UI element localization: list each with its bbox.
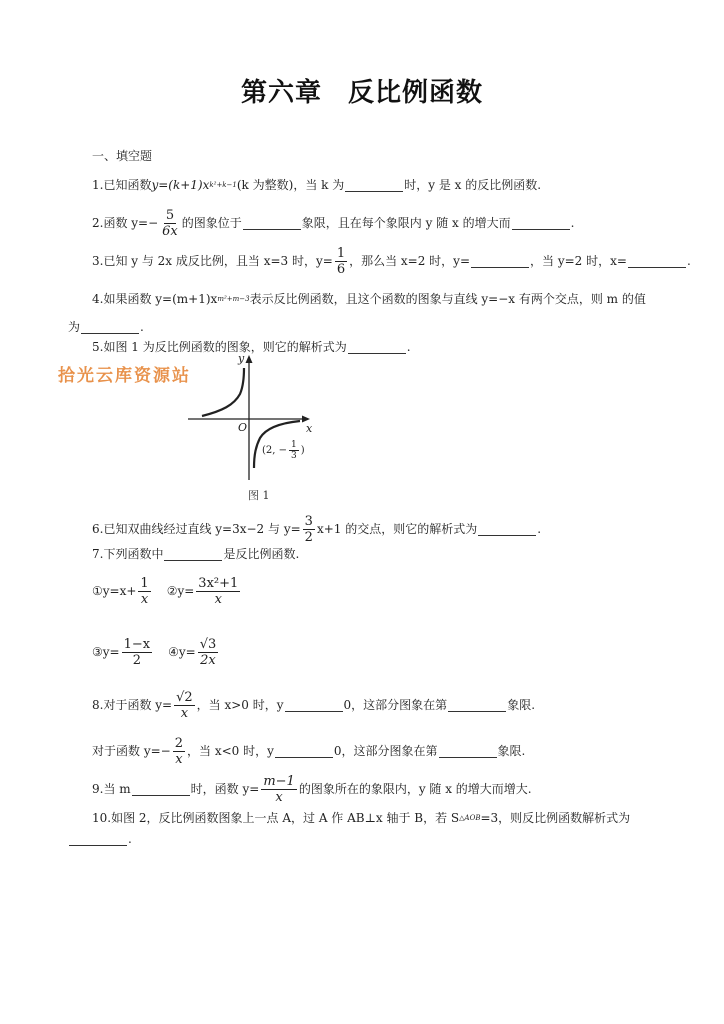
q7-choice-1-fraction: 1x	[138, 576, 150, 607]
q3-middle2: ，当 y=2 时，x=	[530, 254, 627, 268]
point-label: (2, − 13 )	[262, 440, 305, 461]
q7-choice-1-num: 1	[138, 576, 150, 592]
q8-frac-den: x	[179, 706, 190, 721]
q8-line2-fraction: 2x	[173, 736, 185, 767]
q7-choices-row-1: ①y=x+ 1x ②y= 3x²+1x	[92, 574, 242, 608]
q8-middle: ，当 x>0 时，y	[197, 698, 284, 712]
q7-answer-blank[interactable]	[164, 548, 222, 561]
origin-label: O	[238, 421, 247, 434]
q1-prefix: 1.已知函数	[92, 178, 151, 192]
y-axis-label: y	[238, 352, 244, 365]
q9-suffix: 的图象所在的象限内，y 随 x 的增大而增大.	[299, 782, 532, 796]
q1-formula: y=(k+1)x	[151, 178, 209, 192]
q2-fraction: 56x	[160, 208, 180, 239]
section-heading: 一、填空题	[92, 149, 152, 163]
q9-frac-den: x	[273, 790, 284, 805]
question-6: 6.已知双曲线经过直线 y=3x−2 与 y= 32 x+1 的交点，则它的解析…	[92, 512, 541, 546]
q6-frac-den: 2	[303, 530, 315, 545]
point-label-fraction: 13	[289, 440, 299, 461]
q4-answer-blank[interactable]	[81, 321, 139, 334]
question-4-line-2: 为 .	[68, 320, 144, 334]
q7-choice-2-fraction: 3x²+1x	[196, 576, 240, 607]
q3-answer-blank-1[interactable]	[471, 255, 529, 268]
chapter-name: 反比例函数	[348, 78, 483, 108]
q4-text: 表示反比例函数，且这个函数的图象与直线 y=−x 有两个交点，则 m 的值	[250, 292, 646, 306]
q7-choice-1-den: x	[139, 592, 150, 607]
question-9: 9.当 m 时，函数 y= m−1x 的图象所在的象限内，y 随 x 的增大而增…	[92, 772, 532, 806]
q5-suffix: .	[407, 340, 411, 354]
q3-prefix: 3.已知 y 与 2x 成反比例，且当 x=3 时，y=	[92, 254, 333, 268]
question-8-line-2: 对于函数 y=− 2x ，当 x<0 时，y 0，这部分图象在第 象限.	[92, 734, 525, 768]
q4-prefix: 4.如果函数 y=(m+1)x	[92, 292, 217, 306]
q10-text: 10.如图 2，反比例函数图象上一点 A，过 A 作 AB⊥x 轴于 B，若 S	[92, 811, 459, 825]
q7-choice-3-label: ③y=	[92, 645, 120, 659]
q7-choice-4-label: ④y=	[168, 645, 196, 659]
q9-answer-blank[interactable]	[132, 783, 190, 796]
q7-choice-4-den: 2x	[198, 653, 218, 668]
q2-frac-den: 6x	[160, 224, 180, 239]
q8-line2-prefix: 对于函数 y=−	[92, 744, 171, 758]
q9-frac-num: m−1	[261, 774, 297, 790]
q3-frac-num: 1	[335, 246, 347, 262]
q10-text2: =3，则反比例函数解析式为	[480, 811, 630, 825]
q8-answer-blank-1[interactable]	[285, 699, 343, 712]
q7-choice-3-fraction: 1−x2	[122, 637, 153, 668]
q7-choice-4-fraction: √32x	[198, 637, 219, 668]
q8-prefix: 8.对于函数 y=	[92, 698, 172, 712]
q8-line2-suffix: 象限.	[498, 744, 526, 758]
q7-choice-2-den: x	[213, 592, 224, 607]
q6-frac-num: 3	[303, 514, 315, 530]
q6-middle: x+1 的交点，则它的解析式为	[317, 522, 477, 536]
question-2: 2.函数 y=− 56x 的图象位于 象限，且在每个象限内 y 随 x 的增大而…	[92, 206, 574, 240]
q6-suffix: .	[537, 522, 541, 536]
section-heading-text: 一、填空题	[92, 149, 152, 163]
q8-fraction: √2x	[174, 690, 195, 721]
q10-subscript: △AOB	[459, 811, 480, 825]
question-1: 1.已知函数 y=(k+1)xk²+k−1 (k 为整数)，当 k 为 时，y …	[92, 178, 541, 192]
q8-line2-middle2: 0，这部分图象在第	[334, 744, 438, 758]
q8-middle2: 0，这部分图象在第	[344, 698, 448, 712]
point-label-suffix: )	[301, 445, 305, 456]
q8-answer-blank-4[interactable]	[439, 745, 497, 758]
q4-suffix: .	[140, 320, 144, 334]
q3-middle: ，那么当 x=2 时，y=	[349, 254, 470, 268]
q8-frac-num: √2	[174, 690, 195, 706]
q4-line2-prefix: 为	[68, 320, 80, 334]
q2-middle: 的图象位于	[182, 216, 242, 230]
hyperbola-graph	[180, 350, 320, 510]
q8-line2-frac-num: 2	[173, 736, 185, 752]
q10-answer-blank[interactable]	[69, 833, 127, 846]
q1-condition: (k 为整数)，当 k 为	[237, 178, 344, 192]
q7-choice-3-num: 1−x	[122, 637, 153, 653]
q8-answer-blank-2[interactable]	[448, 699, 506, 712]
question-10: 10.如图 2，反比例函数图象上一点 A，过 A 作 AB⊥x 轴于 B，若 S…	[92, 811, 630, 825]
figure-1-graph: y x O (2, − 13 )	[180, 350, 320, 510]
q2-middle2: 象限，且在每个象限内 y 随 x 的增大而	[302, 216, 511, 230]
point-frac-num: 1	[289, 440, 299, 451]
question-8: 8.对于函数 y= √2x ，当 x>0 时，y 0，这部分图象在第 象限.	[92, 688, 535, 722]
q10-suffix: .	[128, 832, 132, 846]
q3-frac-den: 6	[335, 262, 347, 277]
q7-choice-3-den: 2	[131, 653, 143, 668]
q1-suffix: 时，y 是 x 的反比例函数.	[404, 178, 541, 192]
q8-line2-middle: ，当 x<0 时，y	[187, 744, 274, 758]
q2-frac-num: 5	[164, 208, 176, 224]
q2-answer-blank-2[interactable]	[512, 217, 570, 230]
q6-answer-blank[interactable]	[478, 523, 536, 536]
q9-fraction: m−1x	[261, 774, 297, 805]
point-frac-den: 3	[289, 451, 299, 461]
q7-prefix: 7.下列函数中	[92, 547, 163, 561]
q8-line2-frac-den: x	[173, 752, 184, 767]
q7-choice-1-label: ①y=x+	[92, 584, 136, 598]
q8-answer-blank-3[interactable]	[275, 745, 333, 758]
point-label-prefix: (2, −	[262, 445, 287, 456]
chapter-number: 第六章	[241, 78, 322, 108]
x-axis-label: x	[306, 422, 312, 435]
question-10-line-2: .	[68, 832, 132, 846]
q3-fraction: 16	[335, 246, 347, 277]
q7-choice-4-num: √3	[198, 637, 219, 653]
q8-suffix: 象限.	[507, 698, 535, 712]
q7-choices-row-2: ③y= 1−x2 ④y= √32x	[92, 635, 220, 669]
q6-fraction: 32	[303, 514, 315, 545]
question-3: 3.已知 y 与 2x 成反比例，且当 x=3 时，y= 16 ，那么当 x=2…	[92, 244, 691, 278]
q3-suffix: .	[687, 254, 691, 268]
q1-answer-blank[interactable]	[345, 179, 403, 192]
q9-prefix: 9.当 m	[92, 782, 131, 796]
q7-suffix: 是反比例函数.	[223, 547, 299, 561]
question-7: 7.下列函数中 是反比例函数.	[92, 547, 299, 561]
q7-choice-2-num: 3x²+1	[196, 576, 240, 592]
q9-middle: 时，函数 y=	[191, 782, 260, 796]
figure-1-caption: 图 1	[248, 487, 270, 503]
q5-answer-blank[interactable]	[348, 341, 406, 354]
q3-answer-blank-2[interactable]	[628, 255, 686, 268]
question-4: 4.如果函数 y=(m+1)xm²+m−3 表示反比例函数，且这个函数的图象与直…	[92, 292, 646, 306]
q2-answer-blank-1[interactable]	[243, 217, 301, 230]
q6-prefix: 6.已知双曲线经过直线 y=3x−2 与 y=	[92, 522, 301, 536]
q7-choice-2-label: ②y=	[167, 584, 195, 598]
watermark: 拾光云库资源站	[58, 361, 191, 386]
chapter-title: 第六章反比例函数	[0, 72, 724, 109]
q2-prefix: 2.函数 y=−	[92, 216, 158, 230]
q2-suffix: .	[571, 216, 575, 230]
